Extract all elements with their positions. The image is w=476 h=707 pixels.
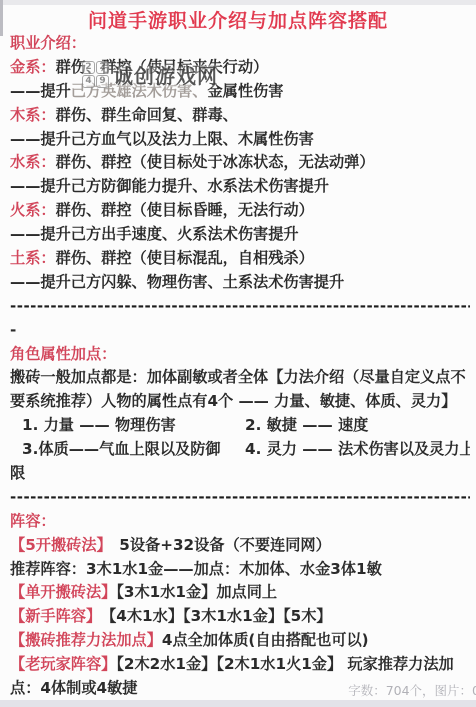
attribute-right: 2. 敏捷 —— 速度 xyxy=(245,416,368,434)
attribute-right: 4. 灵力 —— 法术伤害以及灵力上 xyxy=(245,440,470,458)
line-text: 要系统推荐）人物的属性点有4个 —— 力量、敏捷、体质、灵力】 xyxy=(10,392,456,410)
section-label: 【单开搬砖法】 xyxy=(10,583,116,601)
text-line: 火系：群伤、群控（使目标昏睡，无法行动） xyxy=(10,199,470,223)
text-line: 【新手阵容】 【4木1水】【3木1水1金】【5木】 xyxy=(10,605,470,629)
window-top-edge xyxy=(0,0,476,5)
section-label: 职业介绍： xyxy=(10,34,86,52)
section-label: 【新手阵容】 xyxy=(10,607,94,625)
status-bar-word-count: 字数：704个，图片：0 xyxy=(348,681,476,699)
line-text: 4点全加体质(自由搭配也可以) xyxy=(162,631,369,649)
attribute-columns-line: 3.体质——气血上限以及防御4. 灵力 —— 法术伤害以及灵力上 xyxy=(10,438,470,462)
article-page: 问道手游职业介绍与加点阵容搭配 职业介绍：金系：群伤、群控（使目标丧失行动）——… xyxy=(0,0,476,707)
text-line: 木系：群伤、群生命回复、群毒、 xyxy=(10,104,470,128)
line-text: 金属性伤害 xyxy=(207,82,283,100)
section-label: 土系： xyxy=(10,249,56,267)
line-text: 群伤、群控（使目标处于冰冻状态，无法动弹） xyxy=(56,153,375,171)
line-text: ——提升己方血气以及法力上限、木属性伤害 xyxy=(10,130,314,148)
section-label: 【搬砖推荐力法加点】 xyxy=(10,631,162,649)
text-line: ——提升己方防御能力提升、水系法术伤害提升 xyxy=(10,175,470,199)
text-line: 角色属性加点： xyxy=(10,343,470,367)
line-text: 搬砖一般加点都是：加体副敏或者全体【力法介绍（尽量自定义点不 xyxy=(10,368,466,386)
text-line: 【5开搬砖法】 5设备+32设备（不要连同网） xyxy=(10,534,470,558)
line-text: 群伤、群生命回复、群毒、 xyxy=(56,106,238,124)
text-line: 【老玩家阵容】【2木2水1金】【2木1水1火1金】 玩家推荐力法加 xyxy=(10,653,470,677)
line-text: 【4木1水】【3木1水1金】【5木】 xyxy=(94,607,332,625)
line-text: 【2木2水1金】【2木1水1火1金】 玩家推荐力法加 xyxy=(116,655,453,673)
text-line: 推荐阵容：3木1水1金——加点：木加体、水金3体1敏 xyxy=(10,558,470,582)
section-label: 角色属性加点： xyxy=(10,345,116,363)
section-label: 阵容： xyxy=(10,512,56,530)
line-text: 限 xyxy=(10,464,25,482)
section-label: 【老玩家阵容】 xyxy=(10,655,116,673)
separator-line: ----------------------------------------… xyxy=(10,295,470,319)
section-label: 水系： xyxy=(10,153,56,171)
text-line: 阵容： xyxy=(10,510,470,534)
line-text: 推荐阵容：3木1水1金——加点：木加体、水金3体1敏 xyxy=(10,560,382,578)
section-label: 木系： xyxy=(10,106,56,124)
text-line: 职业介绍： xyxy=(10,32,470,56)
separator-line: ----------------------------------------… xyxy=(10,486,470,510)
text-line: 水系：群伤、群控（使目标处于冰冻状态，无法动弹） xyxy=(10,151,470,175)
section-label: 金系： xyxy=(10,58,56,76)
text-line: ——提升己方闪躲、物理伤害、土系法术伤害提升 xyxy=(10,271,470,295)
line-text: 群伤、群控（使目标丧失行动） xyxy=(56,58,269,76)
document-body: 职业介绍：金系：群伤、群控（使目标丧失行动）——提升己方英雄法术伤害、金属性伤害… xyxy=(10,32,470,701)
section-label: 火系： xyxy=(10,201,56,219)
text-line: ——提升己方英雄法术伤害、金属性伤害 xyxy=(10,80,470,104)
text-line: 【搬砖推荐力法加点】4点全加体质(自由搭配也可以) xyxy=(10,629,470,653)
line-text: ——提升己方出手速度、火系法术伤害提升 xyxy=(10,225,299,243)
attribute-left: 1. 力量 —— 物理伤害 xyxy=(22,414,245,438)
bottom-strip xyxy=(0,700,476,707)
text-line: 限 xyxy=(10,462,470,486)
line-text: 【3木1水1金】加点同上 xyxy=(116,583,277,601)
line-text: 群伤、群控（使目标混乱，自相残杀） xyxy=(56,249,314,267)
text-line: ——提升己方出手速度、火系法术伤害提升 xyxy=(10,223,470,247)
text-line: 金系：群伤、群控（使目标丧失行动） xyxy=(10,56,470,80)
page-title: 问道手游职业介绍与加点阵容搭配 xyxy=(0,6,476,33)
text-line: - xyxy=(10,319,470,343)
line-text: 5设备+32设备（不要连同网） xyxy=(104,536,331,554)
line-text: 群伤、群控（使目标昏睡，无法行动） xyxy=(56,201,314,219)
attribute-left: 3.体质——气血上限以及防御 xyxy=(22,438,245,462)
text-line: 土系：群伤、群控（使目标混乱，自相残杀） xyxy=(10,247,470,271)
line-text: 点：4体制或4敏捷 xyxy=(10,679,137,697)
line-text: ——提升 xyxy=(10,82,71,100)
text-line: 要系统推荐）人物的属性点有4个 —— 力量、敏捷、体质、灵力】 xyxy=(10,390,470,414)
section-label: 【5开搬砖法】 xyxy=(10,536,104,554)
line-text: - xyxy=(10,321,16,339)
text-line: 搬砖一般加点都是：加体副敏或者全体【力法介绍（尽量自定义点不 xyxy=(10,366,470,390)
text-line: ——提升己方血气以及法力上限、木属性伤害 xyxy=(10,128,470,152)
text-line: 【单开搬砖法】【3木1水1金】加点同上 xyxy=(10,581,470,605)
line-text: ——提升己方防御能力提升、水系法术伤害提升 xyxy=(10,177,329,195)
line-text: ——提升己方闪躲、物理伤害、土系法术伤害提升 xyxy=(10,273,344,291)
line-text: 己方英雄法术伤害、 xyxy=(71,82,208,100)
attribute-columns-line: 1. 力量 —— 物理伤害2. 敏捷 —— 速度 xyxy=(10,414,470,438)
